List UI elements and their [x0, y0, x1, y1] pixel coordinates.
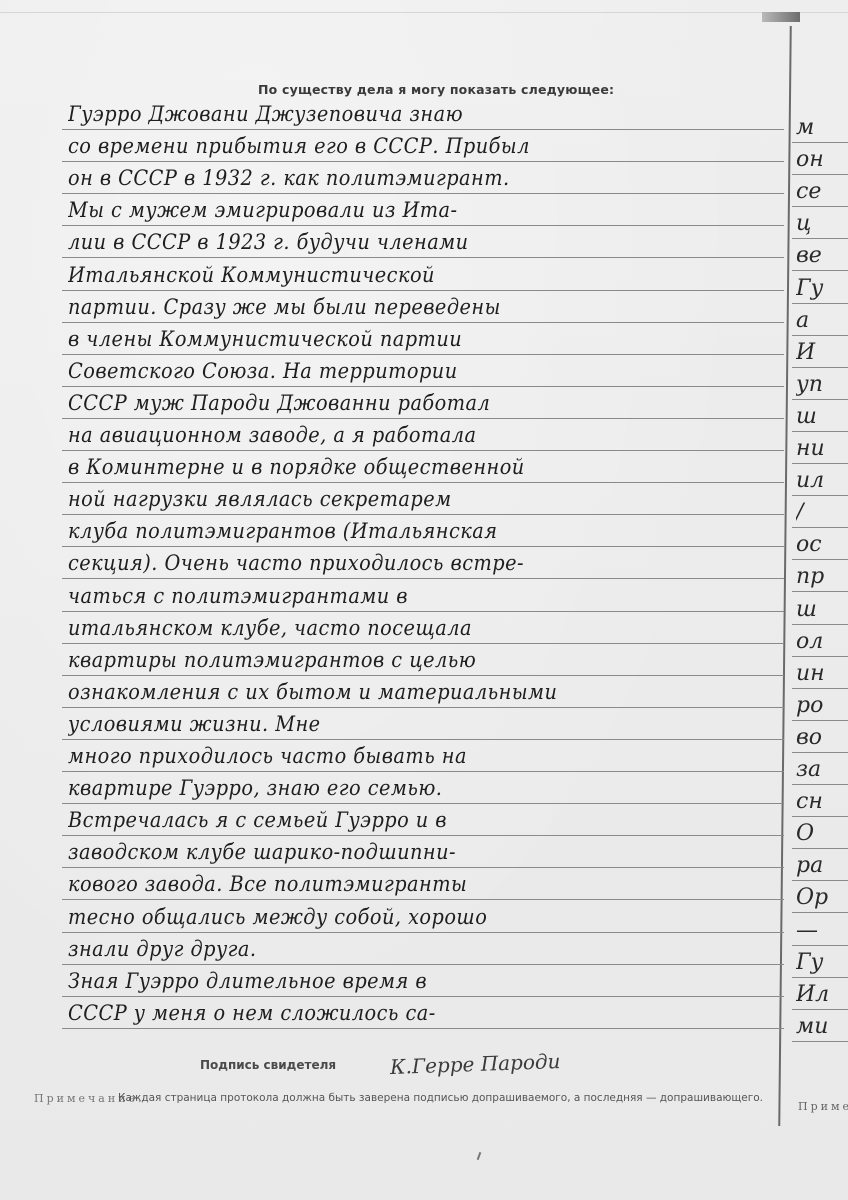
margin-ruled-line	[792, 559, 848, 560]
margin-ruled-line	[792, 880, 848, 881]
margin-ruled-line	[792, 463, 848, 464]
margin-ruled-line	[792, 335, 848, 336]
handwritten-line: Итальянской Коммунистической	[68, 259, 727, 291]
section-heading: По существу дела я могу показать следующ…	[258, 82, 614, 97]
margin-fragment: Гу	[796, 947, 848, 979]
margin-fragment: м	[796, 112, 848, 144]
margin-ruled-line	[792, 431, 848, 432]
margin-fragment: ос	[796, 529, 848, 561]
handwritten-line: знали друг друга.	[68, 933, 727, 965]
handwritten-line: лии в СССР в 1923 г. будучи членами	[68, 226, 727, 258]
margin-fragment: во	[796, 722, 848, 754]
margin-ruled-line	[792, 142, 848, 143]
margin-ruled-line	[792, 688, 848, 689]
handwritten-line: секция). Очень часто приходилось встре-	[68, 547, 727, 579]
margin-fragment: ми	[796, 1011, 848, 1043]
handwritten-line: в члены Коммунистической партии	[68, 323, 727, 355]
handwritten-line: со времени прибытия его в СССР. Прибыл	[68, 130, 727, 162]
margin-fragment: ол	[796, 626, 848, 658]
handwritten-line: он в СССР в 1932 г. как политэмигрант.	[68, 162, 727, 194]
margin-ruled-line	[792, 912, 848, 913]
margin-ruled-line	[792, 591, 848, 592]
margin-ruled-line	[792, 174, 848, 175]
margin-ruled-line	[792, 816, 848, 817]
binding-tab-mark	[762, 12, 800, 22]
signature-label: Подпись свидетеля	[200, 1058, 336, 1072]
margin-fragment: О	[796, 818, 848, 850]
margin-fragment: ил	[796, 465, 848, 497]
margin-ruled-line	[792, 720, 848, 721]
margin-fragment: Ор	[796, 882, 848, 914]
handwritten-line: партии. Сразу же мы были переведены	[68, 291, 727, 323]
handwritten-line: заводском клубе шарико-подшипни-	[68, 836, 727, 868]
handwritten-line: кового завода. Все политэмигранты	[68, 868, 727, 900]
margin-ruled-line	[792, 656, 848, 657]
ruled-line	[62, 1028, 784, 1029]
handwritten-line: ознакомления с их бытом и материальными	[68, 676, 727, 708]
handwritten-line: условиями жизни. Мне	[68, 708, 727, 740]
page-fold-separator	[778, 26, 792, 1126]
margin-fragment: ве	[796, 240, 848, 272]
margin-fragment: Гу	[796, 273, 848, 305]
handwritten-line: ной нагрузки являлась секретарем	[68, 483, 727, 515]
margin-ruled-line	[792, 784, 848, 785]
handwritten-line: Встречалась я с семьей Гуэрро и в	[68, 804, 727, 836]
margin-ruled-line	[792, 206, 848, 207]
margin-ruled-line	[792, 1009, 848, 1010]
handwritten-line: итальянском клубе, часто посещала	[68, 612, 727, 644]
margin-ruled-line	[792, 945, 848, 946]
handwritten-line: квартире Гуэрро, знаю его семью.	[68, 772, 727, 804]
margin-fragment: а	[796, 305, 848, 337]
margin-ruled-line	[792, 399, 848, 400]
handwritten-line: тесно общались между собой, хорошо	[68, 901, 727, 933]
margin-fragment: Ил	[796, 979, 848, 1011]
handwritten-line: Гуэрро Джовани Джузеповича знаю	[68, 98, 727, 130]
handwritten-line: клуба политэмигрантов (Итальянская	[68, 515, 727, 547]
handwritten-line: Советского Союза. На территории	[68, 355, 727, 387]
margin-ruled-line	[792, 367, 848, 368]
margin-fragment: ц	[796, 208, 848, 240]
margin-fragment: /	[796, 497, 848, 529]
stray-pen-mark	[477, 1152, 482, 1160]
margin-ruled-line	[792, 977, 848, 978]
protocol-page: По существу дела я могу показать следующ…	[0, 0, 848, 1200]
margin-ruled-line	[792, 238, 848, 239]
margin-ruled-line	[792, 527, 848, 528]
margin-fragment: ш	[796, 594, 848, 626]
margin-fragment: уп	[796, 369, 848, 401]
handwritten-line: много приходилось часто бывать на	[68, 740, 727, 772]
margin-fragment: он	[796, 144, 848, 176]
handwritten-line: СССР муж Пароди Джованни работал	[68, 387, 727, 419]
margin-fragment: ро	[796, 690, 848, 722]
witness-signature: К.Герре Пароди	[390, 1049, 561, 1079]
handwritten-line: в Коминтерне и в порядке общественной	[68, 451, 727, 483]
margin-ruled-line	[792, 303, 848, 304]
margin-ruled-line	[792, 624, 848, 625]
footnote-fragment-right: Примеч	[798, 1100, 848, 1113]
margin-ruled-line	[792, 848, 848, 849]
margin-ruled-line	[792, 752, 848, 753]
page-top-edge	[0, 12, 848, 13]
margin-fragment: ни	[796, 433, 848, 465]
handwritten-line: Зная Гуэрро длительное время в	[68, 965, 727, 997]
margin-fragment: —	[796, 915, 848, 947]
margin-ruled-line	[792, 495, 848, 496]
margin-fragment: ин	[796, 658, 848, 690]
margin-fragment: ра	[796, 850, 848, 882]
margin-fragment: пр	[796, 561, 848, 593]
margin-fragment: се	[796, 176, 848, 208]
margin-ruled-line	[792, 1041, 848, 1042]
margin-fragment: сн	[796, 786, 848, 818]
handwritten-line: на авиационном заводе, а я работала	[68, 419, 727, 451]
handwritten-line: чаться с политэмигрантами в	[68, 580, 727, 612]
margin-fragment: И	[796, 337, 848, 369]
handwritten-line: СССР у меня о нем сложилось са-	[68, 997, 727, 1029]
margin-ruled-line	[792, 270, 848, 271]
handwritten-line: квартиры политэмигрантов с целью	[68, 644, 727, 676]
handwritten-line: Мы с мужем эмигрировали из Ита-	[68, 194, 727, 226]
margin-fragment: за	[796, 754, 848, 786]
footnote-text: Каждая страница протокола должна быть за…	[118, 1092, 788, 1105]
margin-fragment: ш	[796, 401, 848, 433]
